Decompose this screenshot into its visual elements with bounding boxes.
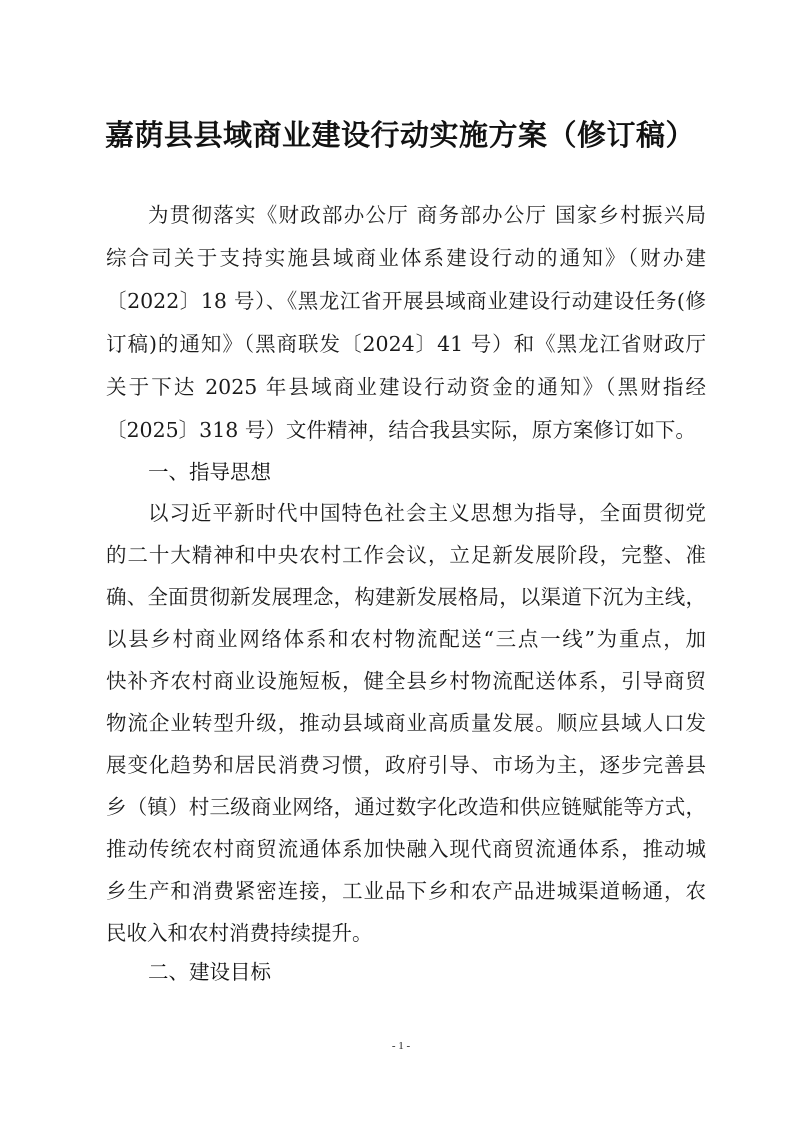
- body-line: 以习近平新时代中国特色社会主义思想为指导，全面贯彻党: [148, 499, 706, 527]
- preamble-line: 为贯彻落实《财政部办公厅 商务部办公厅 国家乡村振兴局: [148, 201, 706, 229]
- body-line: 乡（镇）村三级商业网络，通过数字化改造和供应链赋能等方式，: [106, 793, 706, 821]
- body-line: 物流企业转型升级，推动县域商业高质量发展。顺应县域人口发: [106, 709, 706, 737]
- body-line: 确、全面贯彻新发展理念，构建新发展格局，以渠道下沉为主线，: [106, 583, 706, 611]
- body-line: 乡生产和消费紧密连接，工业品下乡和农产品进城渠道畅通，农: [106, 877, 706, 905]
- preamble-line: 关于下达 2025 年县域商业建设行动资金的通知》（黑财指经: [106, 373, 706, 401]
- body-line: 展变化趋势和居民消费习惯，政府引导、市场为主，逐步完善县: [106, 751, 706, 779]
- preamble-line: 订稿)的通知》（黑商联发〔2024〕41 号）和《黑龙江省财政厅: [106, 330, 706, 358]
- document-page: 嘉荫县县域商业建设行动实施方案（修订稿） 为贯彻落实《财政部办公厅 商务部办公厅…: [0, 0, 793, 1122]
- preamble-line: 〔2025〕318 号）文件精神，结合我县实际，原方案修订如下。: [106, 416, 706, 444]
- preamble-line: 〔2022〕18 号）、《黑龙江省开展县域商业建设行动建设任务(修: [106, 287, 706, 315]
- body-line: 以县乡村商业网络体系和农村物流配送“三点一线”为重点，加: [106, 625, 706, 653]
- section-heading-construction-goals: 二、建设目标: [148, 958, 271, 986]
- body-line: 民收入和农村消费持续提升。: [106, 919, 706, 947]
- preamble-line: 综合司关于支持实施县域商业体系建设行动的通知》（财办建: [106, 244, 706, 272]
- body-line: 快补齐农村商业设施短板，健全县乡村物流配送体系，引导商贸: [106, 667, 706, 695]
- body-line: 的二十大精神和中央农村工作会议，立足新发展阶段，完整、准: [106, 541, 706, 569]
- section-heading-guiding-ideology: 一、指导思想: [148, 458, 271, 486]
- page-number: - 1 -: [386, 1040, 416, 1052]
- document-title: 嘉荫县县域商业建设行动实施方案（修订稿）: [105, 113, 705, 154]
- body-line: 推动传统农村商贸流通体系加快融入现代商贸流通体系，推动城: [106, 835, 706, 863]
